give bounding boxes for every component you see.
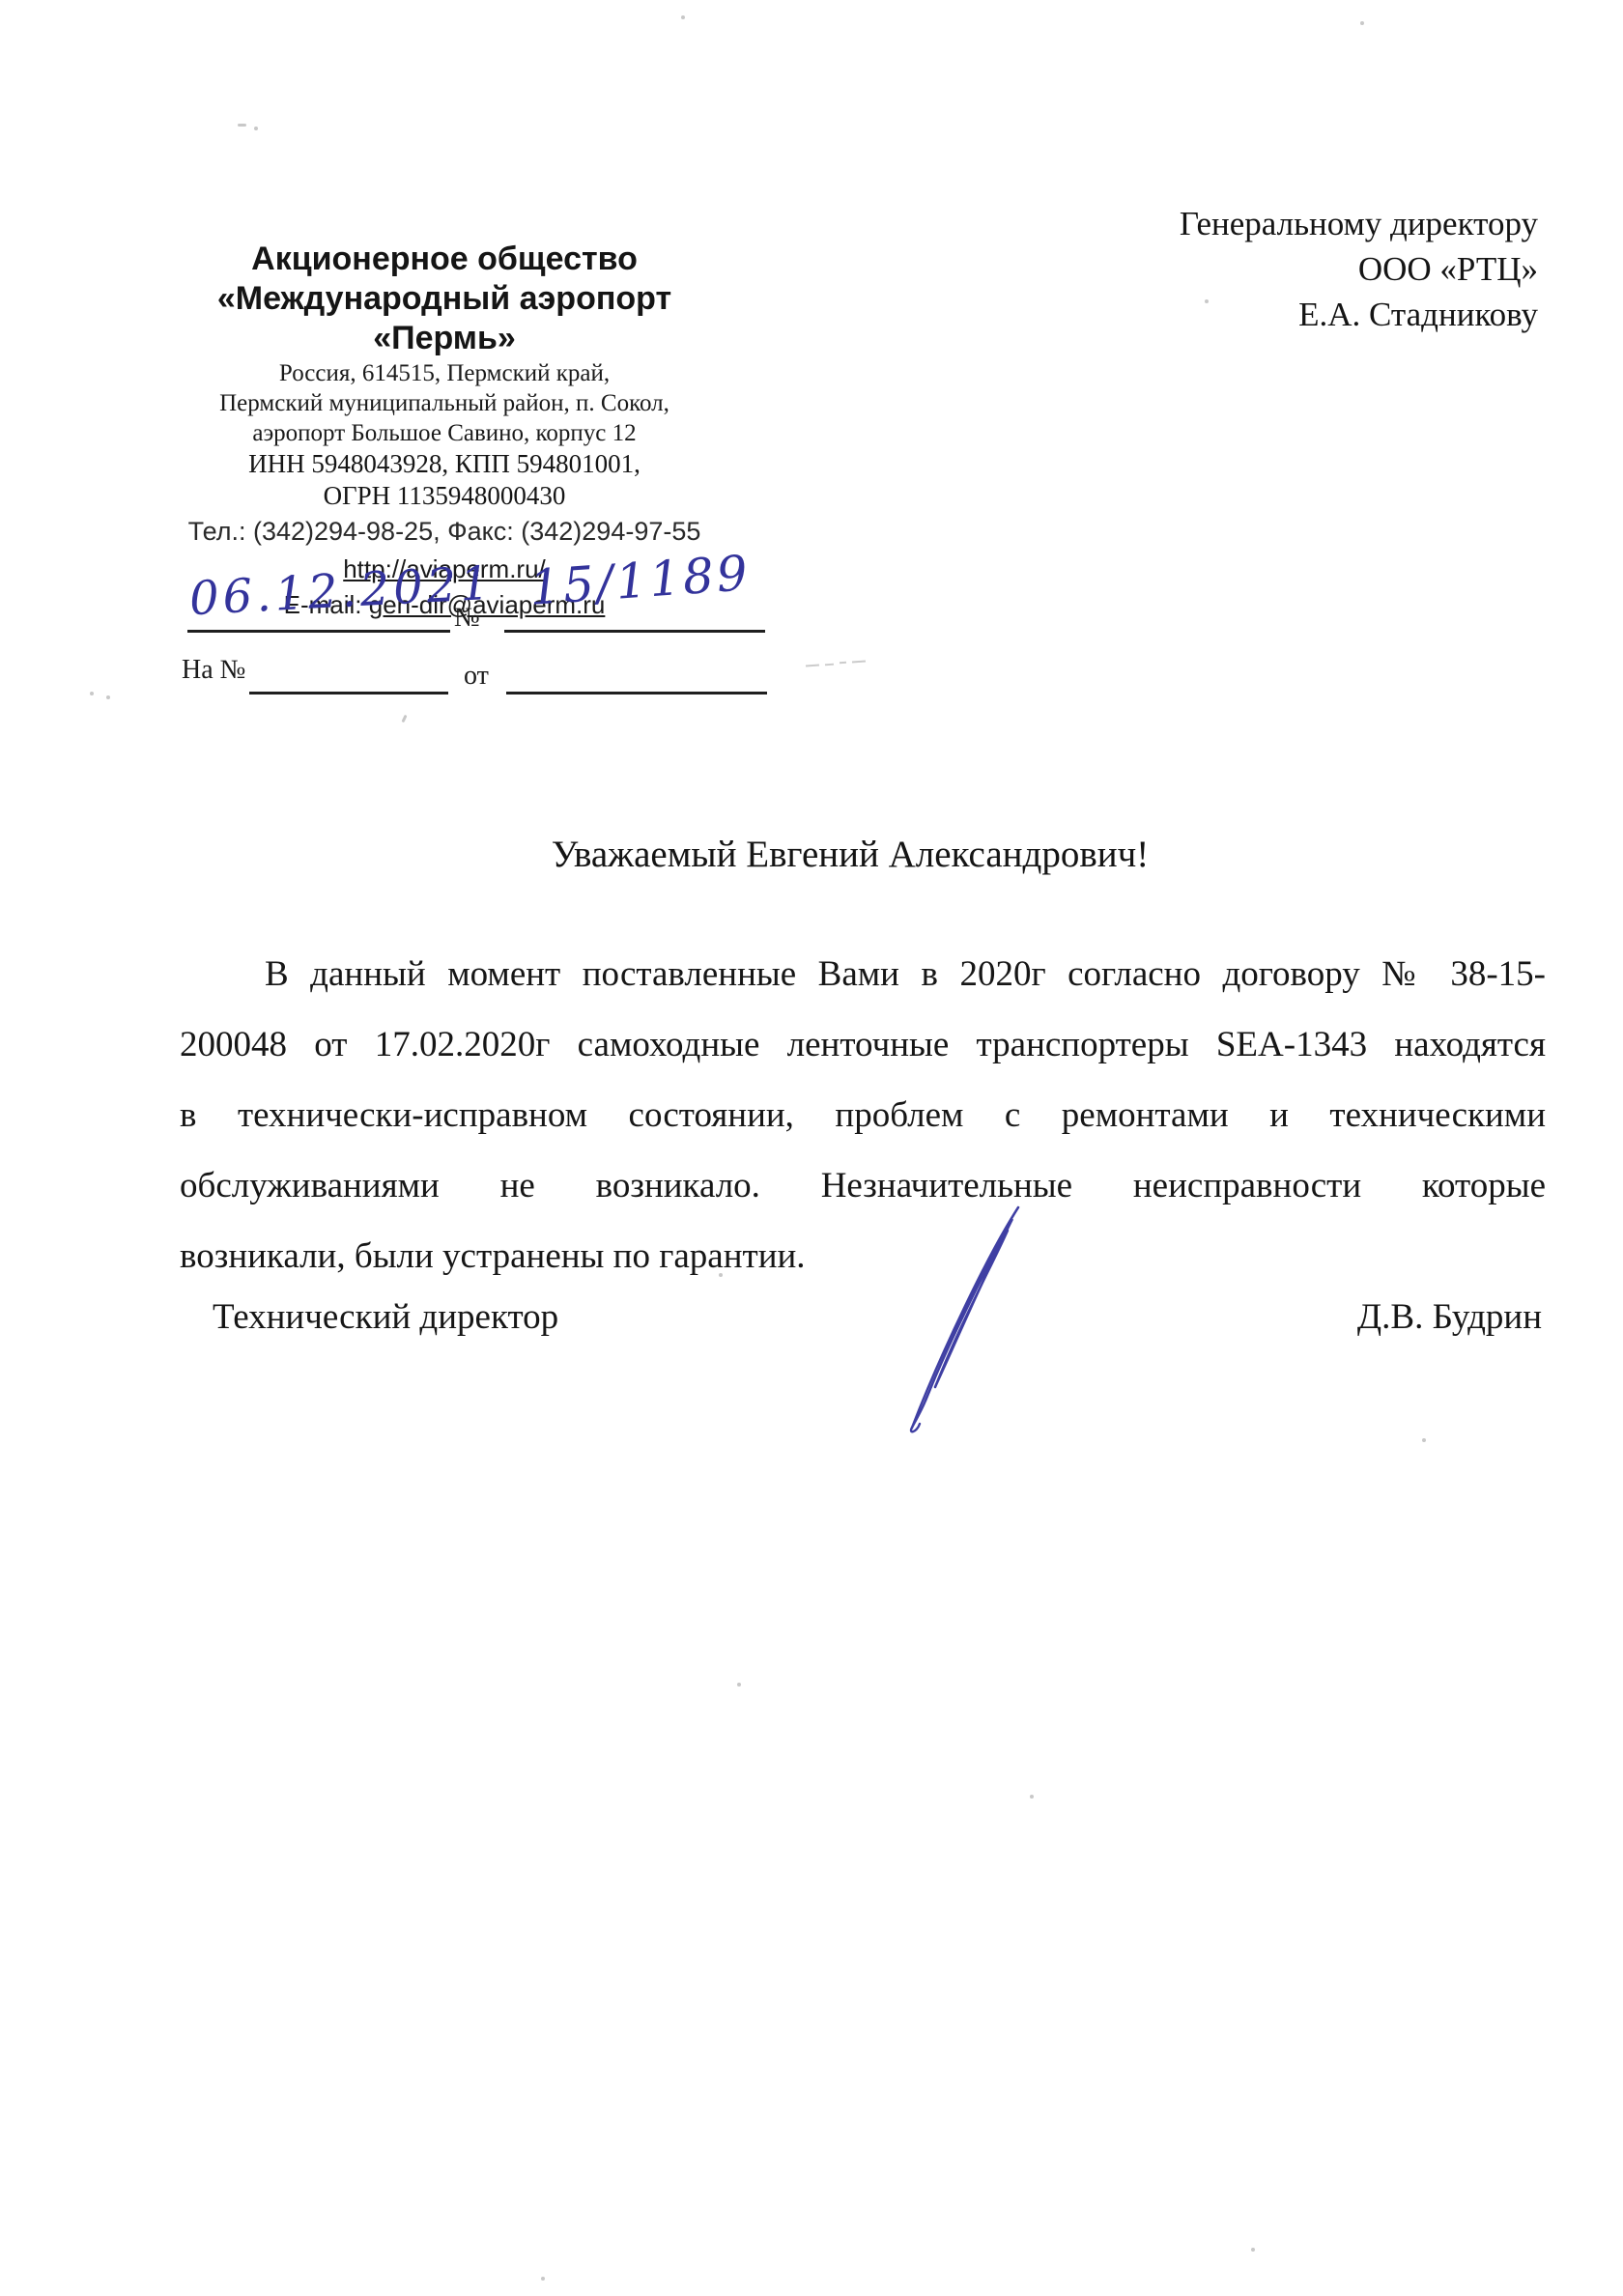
salutation: Уважаемый Евгений Александрович! — [328, 833, 1372, 876]
org-name-line-1: Акционерное общество — [135, 240, 754, 279]
scanned-letter-page: Акционерное общество «Международный аэро… — [0, 0, 1623, 2296]
from-date-label: от — [464, 661, 489, 692]
scan-artifact — [737, 1683, 741, 1687]
recipient-line-2: ООО «РТЦ» — [966, 246, 1538, 292]
incoming-number-underline — [249, 692, 448, 694]
date-underline — [187, 630, 450, 633]
letter-body: В данный момент поставленные Вами в 2020… — [180, 939, 1546, 1291]
body-line-3: в технически-исправном состоянии, пробле… — [180, 1080, 1546, 1150]
from-date-underline — [506, 692, 767, 694]
org-phone-fax: Тел.: (342)294-98-25, Факс: (342)294-97-… — [135, 512, 754, 551]
scan-artifact — [806, 659, 869, 668]
scan-artifact — [1251, 2248, 1255, 2252]
scan-artifact — [90, 692, 94, 695]
scan-artifact — [541, 2277, 545, 2281]
scan-artifact — [681, 15, 685, 19]
scan-artifact — [719, 1273, 723, 1277]
signer-title: Технический директор — [213, 1296, 558, 1338]
org-inn-kpp: ИНН 5948043928, КПП 594801001, — [135, 448, 754, 480]
org-name-line-3: «Пермь» — [135, 319, 754, 358]
org-address-line-2: Пермский муниципальный район, п. Сокол, — [135, 388, 754, 418]
scan-artifact — [1030, 1795, 1034, 1799]
body-line-1: В данный момент поставленные Вами в 2020… — [180, 939, 1546, 1009]
scan-artifact — [106, 695, 110, 699]
scan-artifact — [1205, 299, 1209, 303]
recipient-block: Генеральному директору ООО «РТЦ» Е.А. Ст… — [966, 201, 1538, 337]
number-underline — [504, 630, 765, 633]
org-ogrn: ОГРН 1135948000430 — [135, 480, 754, 512]
org-address-line-1: Россия, 614515, Пермский край, — [135, 358, 754, 388]
scan-artifact — [1360, 21, 1364, 25]
scan-artifact — [238, 124, 246, 127]
scan-artifact — [1422, 1438, 1426, 1442]
number-sign-label: № — [454, 603, 480, 634]
org-name-line-2: «Международный аэропорт — [135, 279, 754, 319]
handwritten-signature — [891, 1198, 1045, 1437]
recipient-line-1: Генеральному директору — [966, 201, 1538, 246]
org-address-line-3: аэропорт Большое Савино, корпус 12 — [135, 418, 754, 448]
recipient-line-3: Е.А. Стадникову — [966, 292, 1538, 337]
scan-artifact — [401, 715, 407, 723]
body-line-5: возникали, были устранены по гарантии. — [180, 1221, 1546, 1291]
scan-artifact — [254, 127, 258, 130]
body-line-4: обслуживаниями не возникало. Незначитель… — [180, 1150, 1546, 1221]
signer-name: Д.В. Будрин — [1198, 1296, 1542, 1338]
body-line-2: 200048 от 17.02.2020г самоходные ленточн… — [180, 1009, 1546, 1080]
incoming-number-label: На № — [182, 655, 245, 686]
